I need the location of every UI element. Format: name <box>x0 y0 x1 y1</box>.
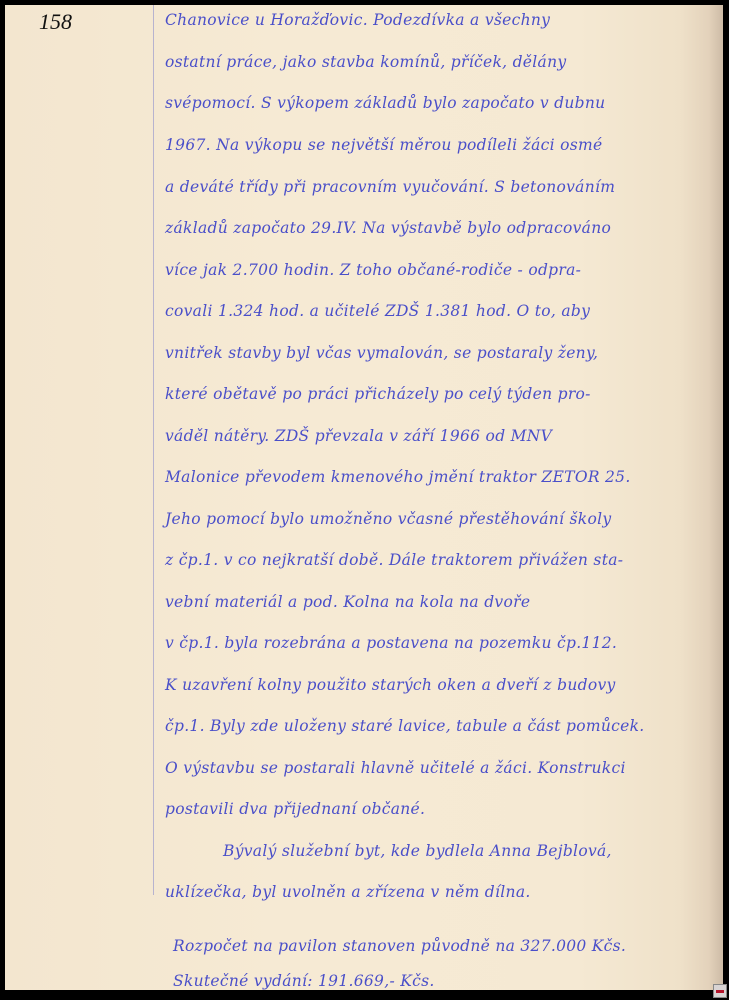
text-line: a deváté třídy při pracovním vyučování. … <box>165 178 615 196</box>
text-line: základů započato 29.IV. Na výstavbě bylo… <box>165 219 611 237</box>
text-line: Bývalý služební byt, kde bydlela Anna Be… <box>223 842 612 860</box>
text-line: vnitřek stavby byl včas vymalován, se po… <box>165 344 598 362</box>
text-line: 1967. Na výkopu se největší měrou podíle… <box>165 136 602 154</box>
text-line: svépomocí. S výkopem základů bylo započa… <box>165 94 605 112</box>
text-line: Rozpočet na pavilon stanoven původně na … <box>173 937 626 955</box>
text-line: covali 1.324 hod. a učitelé ZDŠ 1.381 ho… <box>165 302 590 320</box>
text-line: K uzavření kolny použito starých oken a … <box>165 676 616 694</box>
text-line: váděl nátěry. ZDŠ převzala v září 1966 o… <box>165 427 552 445</box>
text-line: Skutečné vydání: 191.669,- Kčs. <box>173 972 435 990</box>
page-number: 158 <box>39 9 72 35</box>
text-line: Jeho pomocí bylo umožněno včasné přestěh… <box>165 510 611 528</box>
text-line: v čp.1. byla rozebrána a postavena na po… <box>165 634 617 652</box>
notebook-page: 158 Chanovice u Horažďovic. Podezdívka a… <box>5 5 723 990</box>
text-line: Malonice převodem kmenového jmění trakto… <box>165 468 631 486</box>
text-line: čp.1. Byly zde uloženy staré lavice, tab… <box>165 717 645 735</box>
text-line: více jak 2.700 hodin. Z toho občané-rodi… <box>165 261 581 279</box>
minimize-icon[interactable] <box>713 984 727 998</box>
text-line: Chanovice u Horažďovic. Podezdívka a vše… <box>165 11 550 29</box>
text-line: uklízečka, byl uvolněn a zřízena v něm d… <box>165 883 531 901</box>
margin-line <box>153 5 154 895</box>
text-line: z čp.1. v co nejkratší době. Dále trakto… <box>165 551 623 569</box>
text-line: postavili dva přijednaní občané. <box>165 800 425 818</box>
text-line: ostatní práce, jako stavba komínů, příče… <box>165 53 566 71</box>
text-line: O výstavbu se postarali hlavně učitelé a… <box>165 759 626 777</box>
text-line: které obětavě po práci přicházely po cel… <box>165 385 591 403</box>
text-line: vební materiál a pod. Kolna na kola na d… <box>165 593 530 611</box>
